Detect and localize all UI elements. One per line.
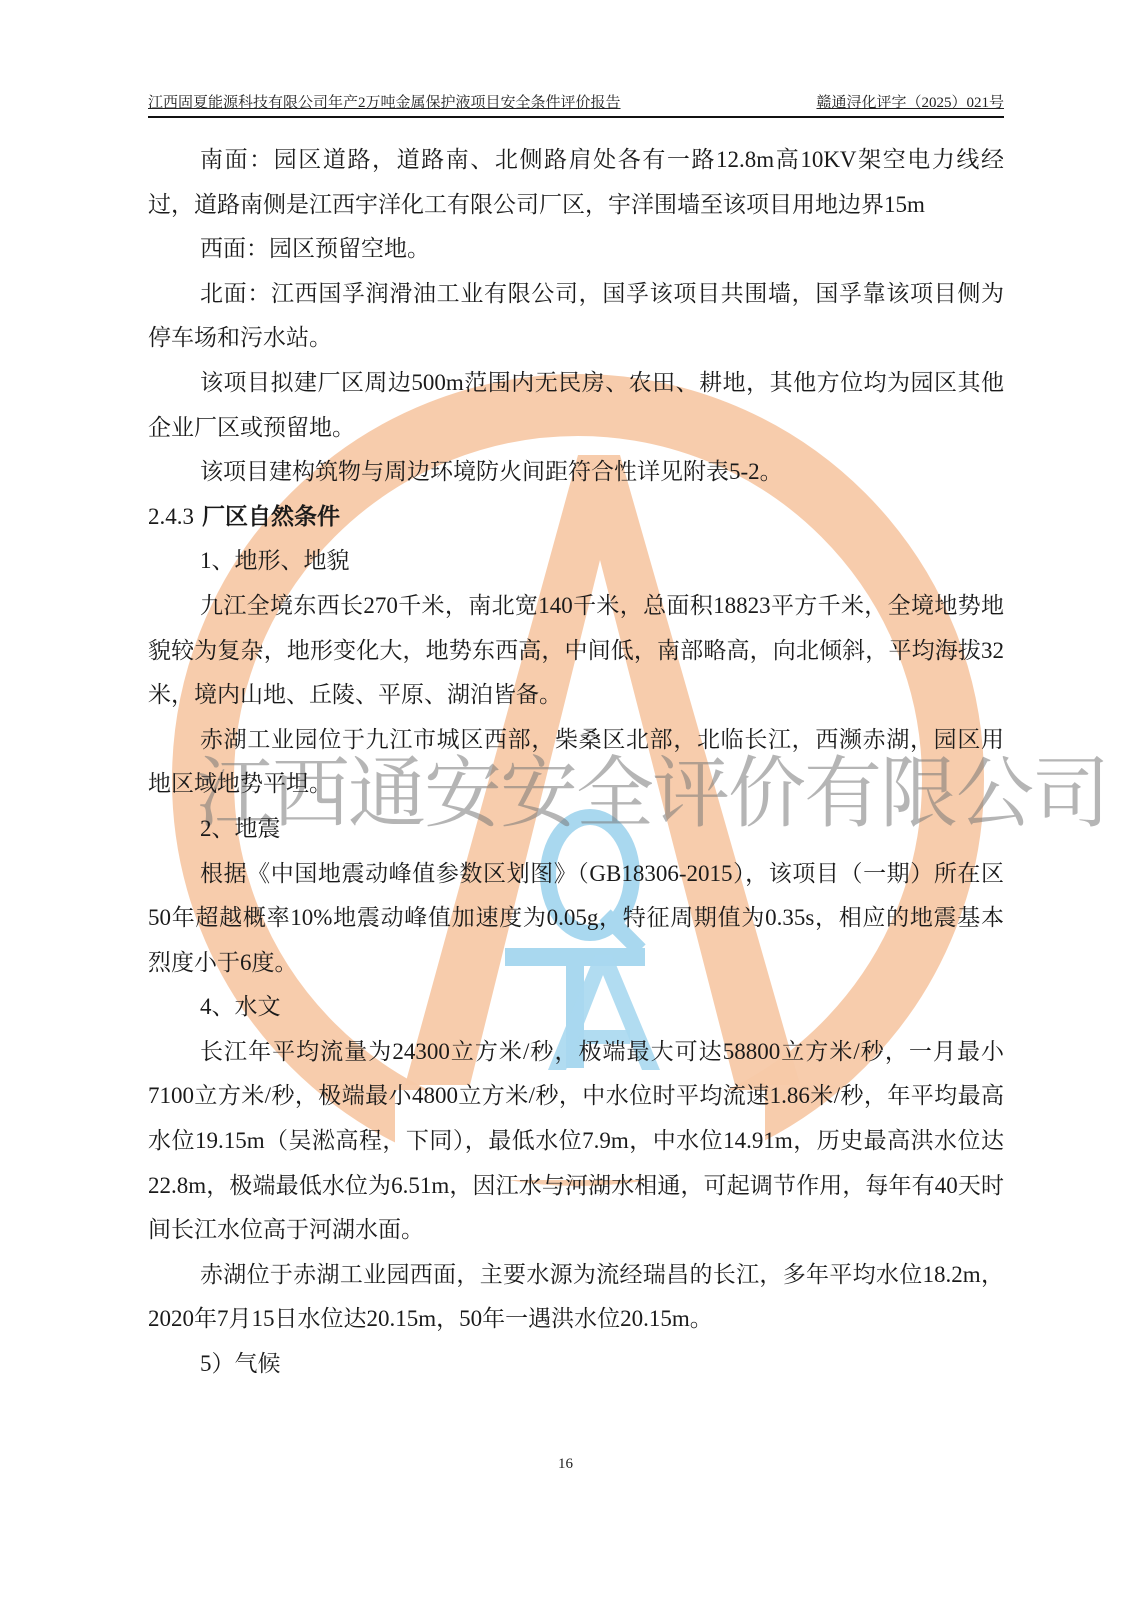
paragraph-hydrology-1: 长江年平均流量为24300立方米/秒，极端最大可达58800立方米/秒，一月最小… (148, 1030, 1004, 1253)
document-number: 赣通浔化评字（2025）021号 (816, 90, 1004, 116)
document-body: 南面：园区道路，道路南、北侧路肩处各有一路12.8m高10KV架空电力线经过，道… (148, 138, 1004, 1387)
section-title: 厂区自然条件 (202, 504, 340, 530)
paragraph-south: 南面：园区道路，道路南、北侧路肩处各有一路12.8m高10KV架空电力线经过，道… (148, 138, 1004, 227)
page-number: 16 (0, 1456, 1131, 1473)
subsection-heading-earthquake: 2、地震 (148, 807, 1004, 852)
paragraph-fire-spacing: 该项目建构筑物与周边环境防火间距符合性详见附表5-2。 (148, 450, 1004, 495)
paragraph-hydrology-2: 赤湖位于赤湖工业园西面，主要水源为流经瑞昌的长江，多年平均水位18.2m，202… (148, 1253, 1004, 1342)
document-page: 江西固夏能源科技有限公司年产2万吨金属保护液项目安全条件评价报告 赣通浔化评字（… (0, 0, 1131, 1600)
header-rule (148, 116, 1004, 118)
paragraph-north: 北面：江西国孚润滑油工业有限公司，国孚该项目共围墙，国孚靠该项目侧为停车场和污水… (148, 272, 1004, 361)
paragraph-earthquake: 根据《中国地震动峰值参数区划图》（GB18306-2015），该项目（一期）所在… (148, 852, 1004, 986)
report-title: 江西固夏能源科技有限公司年产2万吨金属保护液项目安全条件评价报告 (148, 90, 621, 116)
paragraph-surroundings: 该项目拟建厂区周边500m范围内无民房、农田、耕地，其他方位均为园区其他企业厂区… (148, 361, 1004, 450)
paragraph-west: 西面：园区预留空地。 (148, 227, 1004, 272)
page-header: 江西固夏能源科技有限公司年产2万吨金属保护液项目安全条件评价报告 赣通浔化评字（… (148, 90, 1004, 116)
section-number: 2.4.3 (148, 504, 194, 529)
section-heading: 2.4.3厂区自然条件 (148, 495, 1004, 540)
subsection-heading-hydrology: 4、水文 (148, 985, 1004, 1030)
subsection-heading-climate: 5）气候 (148, 1342, 1004, 1387)
subsection-heading-terrain: 1、地形、地貌 (148, 539, 1004, 584)
paragraph-terrain-2: 赤湖工业园位于九江市城区西部，柴桑区北部，北临长江，西濒赤湖，园区用地区域地势平… (148, 718, 1004, 807)
paragraph-terrain-1: 九江全境东西长270千米，南北宽140千米，总面积18823平方千米，全境地势地… (148, 584, 1004, 718)
